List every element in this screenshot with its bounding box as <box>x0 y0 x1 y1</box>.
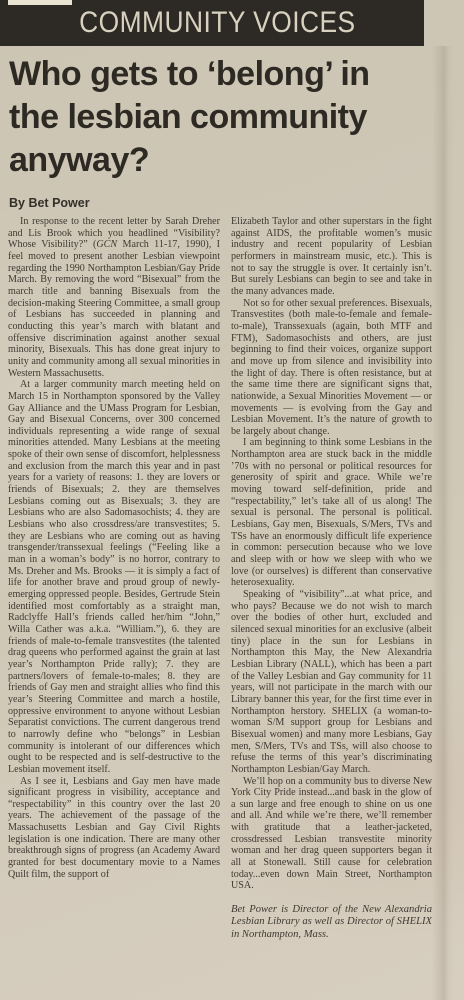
body-paragraph: Elizabeth Taylor and other superstars in… <box>231 216 432 298</box>
body-paragraph: As I see it, Lesbians and Gay men have m… <box>8 776 220 881</box>
italic-text: GCN <box>96 239 117 250</box>
article-byline: By Bet Power <box>9 196 90 210</box>
paper-crease <box>432 46 454 1000</box>
paper-edge-notch <box>8 0 72 5</box>
body-paragraph: Speaking of “visibility”...at what price… <box>231 589 432 776</box>
section-banner: COMMUNITY VOICES <box>0 0 424 46</box>
article-headline: Who gets to ‘belong’ in the lesbian comm… <box>9 53 453 182</box>
body-paragraph: At a larger community march meeting held… <box>8 379 220 775</box>
headline-line-1: Who gets to ‘belong’ in <box>9 55 370 93</box>
paragraph-text: Not so for other sexual preferences. Bis… <box>231 298 432 437</box>
paragraph-text: At a larger community march meeting held… <box>8 379 220 775</box>
body-paragraph: Not so for other sexual preferences. Bis… <box>231 298 432 438</box>
paragraph-text: Bet Power is Director of the New Alexand… <box>231 904 432 940</box>
author-bio: Bet Power is Director of the New Alexand… <box>231 904 432 941</box>
headline-line-2: the lesbian community <box>9 98 367 136</box>
headline-line-3: anyway? <box>9 141 149 179</box>
paragraph-text: Speaking of “visibility”...at what price… <box>231 589 432 775</box>
body-paragraph: We’ll hop on a community bus to diverse … <box>231 776 432 893</box>
paragraph-text: We’ll hop on a community bus to diverse … <box>231 776 432 892</box>
paragraph-text: Elizabeth Taylor and other superstars in… <box>231 216 432 297</box>
column-left: In response to the recent letter by Sara… <box>8 216 220 941</box>
paragraph-text: I am beginning to think some Lesbians in… <box>231 437 432 588</box>
column-right: Elizabeth Taylor and other superstars in… <box>231 216 432 941</box>
article-body: In response to the recent letter by Sara… <box>8 216 432 941</box>
body-paragraph: I am beginning to think some Lesbians in… <box>231 437 432 589</box>
body-paragraph: In response to the recent letter by Sara… <box>8 216 220 379</box>
newspaper-page: COMMUNITY VOICES Who gets to ‘belong’ in… <box>0 0 464 1000</box>
section-title: COMMUNITY VOICES <box>68 6 355 40</box>
paragraph-text: March 11-17, 1990), I feel moved to pres… <box>8 239 220 378</box>
paragraph-text: As I see it, Lesbians and Gay men have m… <box>8 776 220 880</box>
